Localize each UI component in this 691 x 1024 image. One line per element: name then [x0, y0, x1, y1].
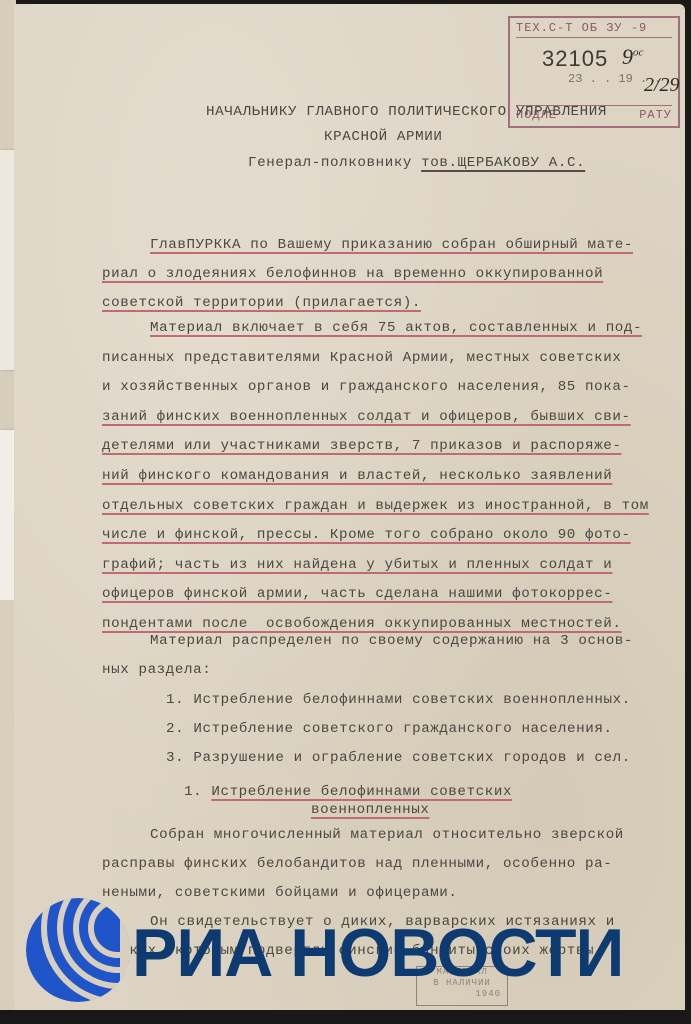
ria-globe-icon: [20, 888, 140, 1008]
bottom-edge: [0, 1010, 691, 1024]
text-line: советской территории (прилагается).: [102, 294, 421, 312]
stamp-header: ТЕХ.С-Т ОБ ЗУ -9: [516, 21, 672, 38]
text-line: ний финского командования и властей, нес…: [102, 467, 612, 485]
text-line: Материал распределен по своему содержани…: [150, 632, 633, 650]
stamp-number: 32105: [542, 46, 608, 72]
text-line: 2. Истребление советского гражданского н…: [166, 720, 613, 738]
address-line-2: КРАСНОЙ АРМИИ: [324, 128, 442, 146]
text-line: Собран многочисленный материал относител…: [150, 826, 624, 844]
stamp-handwritten: 9ос: [622, 44, 643, 70]
text-line: офицеров финской армии, часть сделана на…: [102, 585, 612, 603]
text-line: отдельных советских граждан и выдержек и…: [102, 497, 649, 515]
section-heading-cont: военнопленных: [311, 801, 429, 819]
text-line: заний финских военнопленных солдат и офи…: [102, 408, 631, 426]
text-line: риал о злодеяниях белофиннов на временно…: [102, 265, 603, 283]
ria-novosti-logo-text: РИА НОВОСТИ: [132, 918, 623, 988]
text-line: Материал включает в себя 75 актов, соста…: [150, 319, 642, 337]
text-line: числе и финской, прессы. Кроме того собр…: [102, 526, 631, 544]
text-line: пондентами после освобождения оккупирова…: [102, 615, 622, 633]
ria-novosti-watermark: РИА НОВОСТИ: [20, 888, 680, 1008]
text-line: 1. Истребление белофиннами советских вое…: [166, 691, 631, 709]
text-line: графий; часть из них найдена у убитых и …: [102, 556, 612, 574]
text-line: ГлавПУРККА по Вашему приказанию собран о…: [150, 236, 633, 254]
text-line: детелями или участниками зверств, 7 прик…: [102, 437, 622, 455]
text-line: писанных представителями Красной Армии, …: [102, 349, 622, 367]
section-heading: 1. Истребление белофиннами советских: [184, 783, 512, 801]
text-line: расправы финских белобандитов над пленны…: [102, 855, 612, 873]
address-line-3: Генерал-полковнику тов.ЩЕРБАКОВУ А.С.: [248, 154, 585, 172]
text-line: и хозяйственных органов и гражданского н…: [102, 378, 631, 396]
folder-tab: [0, 150, 14, 370]
text-line: ных раздела:: [102, 661, 211, 679]
text-line: 3. Разрушение и ограбление советских гор…: [166, 749, 631, 767]
document-page: ТЕХ.С-Т ОБ ЗУ -9 32105 9ос 23 . . 19 . .…: [14, 4, 685, 1010]
stamp-fraction: 2/29: [644, 74, 680, 97]
address-line-1: НАЧАЛЬНИКУ ГЛАВНОГО ПОЛИТИЧЕСКОГО УПРАВЛ…: [206, 103, 607, 121]
